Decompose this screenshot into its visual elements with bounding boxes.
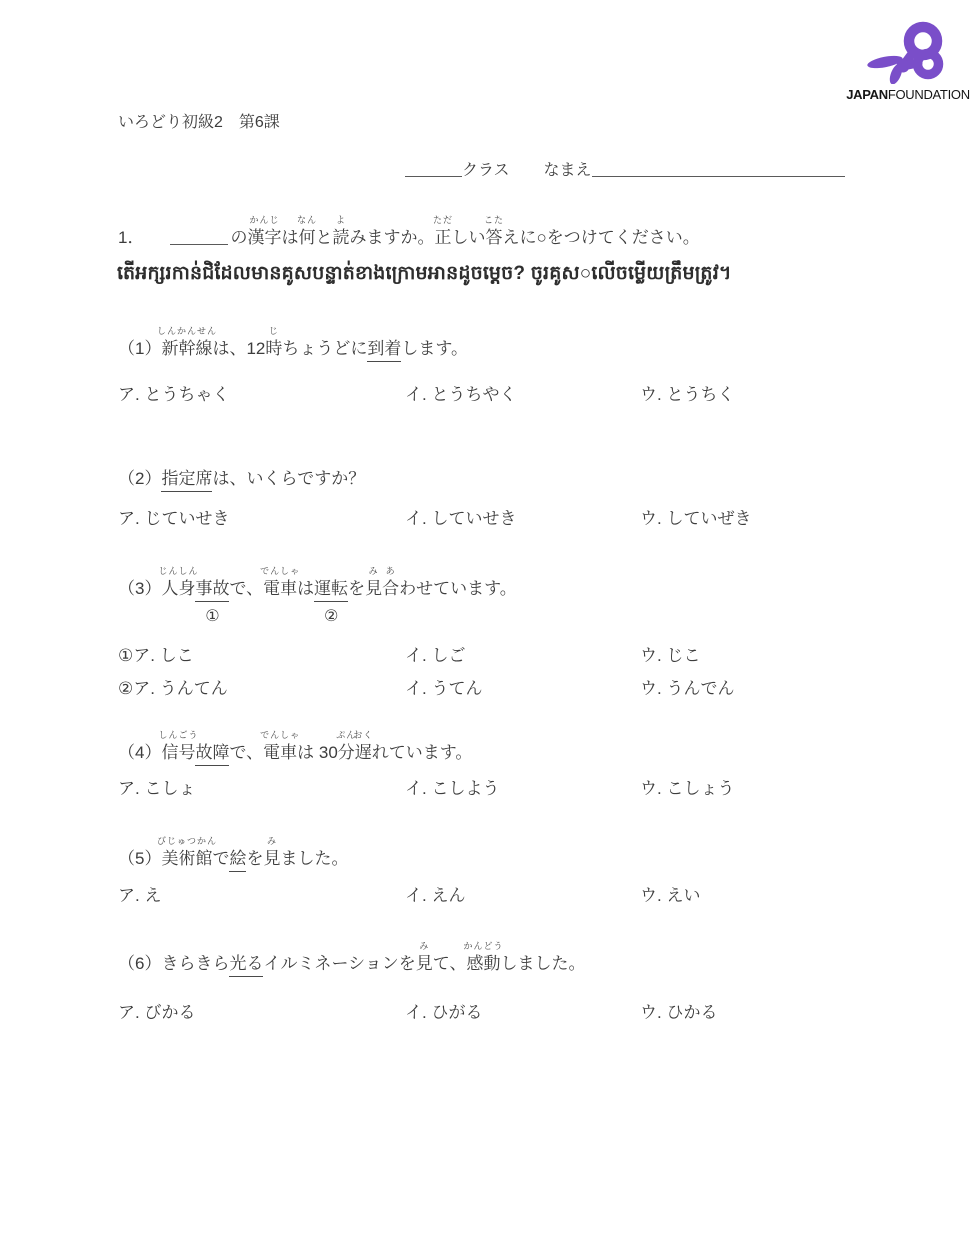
- furigana: ただ: [433, 216, 453, 225]
- text-segment: ちょうどに: [282, 338, 367, 360]
- furigana: じんしん: [158, 567, 198, 576]
- text-segment: ました。: [280, 848, 348, 870]
- worksheet-title: いろどり初級2 第6課: [118, 112, 280, 134]
- row-prefix: ②: [118, 678, 133, 700]
- option-a: ア. とうちゃく: [118, 384, 405, 406]
- question-3-sentence: （3）人身じんしん事故①で、電車でんしゃは運転②を見み合あわせています。: [118, 578, 517, 602]
- text-segment: を: [348, 578, 365, 600]
- furigana: み: [369, 567, 379, 576]
- underlined-term: 光る: [229, 953, 263, 977]
- text-segment: わせています。: [399, 578, 517, 600]
- underlined-term: 到着: [367, 338, 401, 362]
- furigana: かんどう: [463, 942, 503, 951]
- option-c: ウ. していぜき: [640, 508, 751, 530]
- question-1-sentence: （1）新幹線しんかんせんは、12 時じちょうどに到着します。: [118, 338, 468, 362]
- furigana: しんごう: [158, 731, 198, 740]
- circled-marker: ②: [324, 606, 338, 628]
- furigana: しんかんせん: [157, 327, 217, 336]
- text-segment: と: [315, 227, 332, 249]
- furigana: なん: [297, 216, 317, 225]
- text-segment: で、: [229, 742, 263, 764]
- text-segment: は 30: [297, 742, 338, 764]
- underlined-term: 故障: [195, 742, 229, 766]
- furigana: じ: [269, 327, 279, 336]
- class-name-line: クラスなまえ: [405, 157, 845, 180]
- text-segment: 何なん: [298, 227, 315, 249]
- underlined-term: 指定席: [161, 468, 212, 492]
- text-segment: 正ただ: [434, 227, 451, 249]
- question-2-options: ア. じていせきイ. していせきウ. していぜき: [118, 508, 751, 530]
- text-segment: は: [281, 227, 298, 249]
- option-a: ア. じていせき: [118, 508, 405, 530]
- text-segment: 感動かんどう: [466, 953, 500, 975]
- option-c: ウ. うんでん: [640, 678, 734, 700]
- option-b: イ. していせき: [405, 508, 640, 530]
- text-segment: イルミネーションを: [263, 953, 415, 975]
- furigana: おく: [353, 731, 373, 740]
- text-segment: みますか。: [349, 227, 434, 249]
- option-a: ア. びかる: [118, 1002, 405, 1024]
- question-number: （1）: [118, 338, 161, 360]
- question-1-options: ア. とうちゃくイ. とうちやくウ. とうちく: [118, 384, 734, 406]
- text-segment: で、: [229, 578, 263, 600]
- text-segment: は、いくらですか？: [212, 468, 365, 490]
- text-segment: 遅おく: [355, 742, 372, 764]
- text-segment: の: [230, 227, 247, 249]
- option-b: イ. ひがる: [405, 1002, 640, 1024]
- text-segment: れています。: [372, 742, 473, 764]
- logo-text-foundation: FOUNDATION: [888, 87, 970, 102]
- text-segment: 見み: [416, 953, 433, 975]
- furigana: でんしゃ: [260, 731, 300, 740]
- butterfly-logo-icon: [866, 14, 950, 84]
- furigana: びじゅつかん: [157, 837, 217, 846]
- instruction-sentence: 1．の漢字かんじは何なんと読よみますか。正ただしい答こたえに○をつけてください。: [118, 227, 700, 249]
- text-segment: 合あ: [382, 578, 399, 600]
- option-b: イ. こしよう: [405, 778, 640, 800]
- text-segment: 美術館びじゅつかん: [161, 848, 212, 870]
- row-prefix: ①: [118, 645, 133, 667]
- option-a: ②ア. うんてん: [118, 678, 405, 700]
- furigana: かんじ: [249, 216, 279, 225]
- text-segment: しました。: [500, 953, 585, 975]
- option-b: イ. とうちやく: [405, 384, 640, 406]
- text-segment: えに○をつけてください。: [502, 227, 699, 249]
- text-segment: 答こた: [485, 227, 502, 249]
- text-segment: 分ぷん: [338, 742, 355, 764]
- option-a: ア. え: [118, 885, 405, 907]
- name-label: なまえ: [544, 162, 592, 179]
- text-segment: 電車でんしゃ: [263, 578, 297, 600]
- question-2-sentence: （2）指定席は、いくらですか？: [118, 468, 365, 492]
- option-b: イ. うてん: [405, 678, 640, 700]
- question-3-options-1: ①ア. しこイ. しごウ. じこ: [118, 645, 700, 667]
- furigana: よ: [336, 216, 346, 225]
- text-segment: で: [212, 848, 229, 870]
- instruction-khmer: តើអក្សរកាន់ជិដែលមានគូសបន្ទាត់ខាងក្រោមអាន…: [117, 261, 732, 289]
- logo-wordmark: JAPANFOUNDATION: [846, 87, 970, 102]
- question-number: 1．: [118, 227, 144, 249]
- question-4-options: ア. こしょイ. こしようウ. こしょう: [118, 778, 734, 800]
- option-c: ウ. えい: [640, 885, 700, 907]
- text-segment: します。: [401, 338, 468, 360]
- text-segment: 読よ: [332, 227, 349, 249]
- question-number: （5）: [118, 848, 161, 870]
- class-label: クラス: [462, 162, 510, 179]
- text-segment: 漢字かんじ: [247, 227, 281, 249]
- japan-foundation-logo: JAPANFOUNDATION: [846, 14, 970, 102]
- name-blank-field: [592, 161, 845, 177]
- option-b: イ. えん: [405, 885, 640, 907]
- underlined-term: 運転②: [314, 578, 348, 602]
- option-b: イ. しご: [405, 645, 640, 667]
- text-segment: を: [246, 848, 263, 870]
- logo-text-japan: JAPAN: [846, 87, 888, 102]
- question-5-options: ア. えイ. えんウ. えい: [118, 885, 700, 907]
- option-c: ウ. こしょう: [640, 778, 734, 800]
- text-segment: 見み: [365, 578, 382, 600]
- question-number: （3）: [118, 578, 161, 600]
- text-segment: て、: [433, 953, 467, 975]
- question-4-sentence: （4）信号しんごう故障で、電車でんしゃは 30 分ぷん遅おくれています。: [118, 742, 472, 766]
- question-6-options: ア. びかるイ. ひがるウ. ひかる: [118, 1002, 717, 1024]
- underlined-term: 絵: [229, 848, 246, 872]
- question-6-sentence: （6）きらきら光るイルミネーションを見みて、感動かんどうしました。: [118, 953, 585, 977]
- furigana: み: [267, 837, 277, 846]
- worksheet-page: JAPANFOUNDATION いろどり初級2 第6課 クラスなまえ 1．の漢字…: [0, 0, 978, 1252]
- question-5-sentence: （5）美術館びじゅつかんで絵を見みました。: [118, 848, 348, 872]
- question-number: （6）: [118, 953, 161, 975]
- text-segment: 人身じんしん: [161, 578, 195, 600]
- text-segment: 新幹線しんかんせん: [161, 338, 212, 360]
- fill-in-blank: [170, 229, 228, 245]
- question-3-options-2: ②ア. うんてんイ. うてんウ. うんでん: [118, 678, 734, 700]
- text-segment: 見み: [263, 848, 280, 870]
- option-c: ウ. じこ: [640, 645, 700, 667]
- option-a: ア. こしょ: [118, 778, 405, 800]
- furigana: み: [419, 942, 429, 951]
- furigana: あ: [386, 567, 396, 576]
- option-c: ウ. とうちく: [640, 384, 734, 406]
- text-segment: きらきら: [161, 953, 229, 975]
- question-number: （4）: [118, 742, 161, 764]
- option-a: ①ア. しこ: [118, 645, 405, 667]
- text-segment: 電車でんしゃ: [263, 742, 297, 764]
- text-segment: しい: [451, 227, 485, 249]
- text-segment: は: [297, 578, 314, 600]
- text-segment: 時じ: [265, 338, 282, 360]
- circled-marker: ①: [205, 606, 219, 628]
- underlined-term: 事故①: [195, 578, 229, 602]
- option-c: ウ. ひかる: [640, 1002, 717, 1024]
- text-segment: 信号しんごう: [161, 742, 195, 764]
- furigana: こた: [484, 216, 504, 225]
- question-number: （2）: [118, 468, 161, 490]
- furigana: でんしゃ: [260, 567, 300, 576]
- class-blank-field: [405, 161, 462, 177]
- text-segment: は、12: [212, 338, 265, 360]
